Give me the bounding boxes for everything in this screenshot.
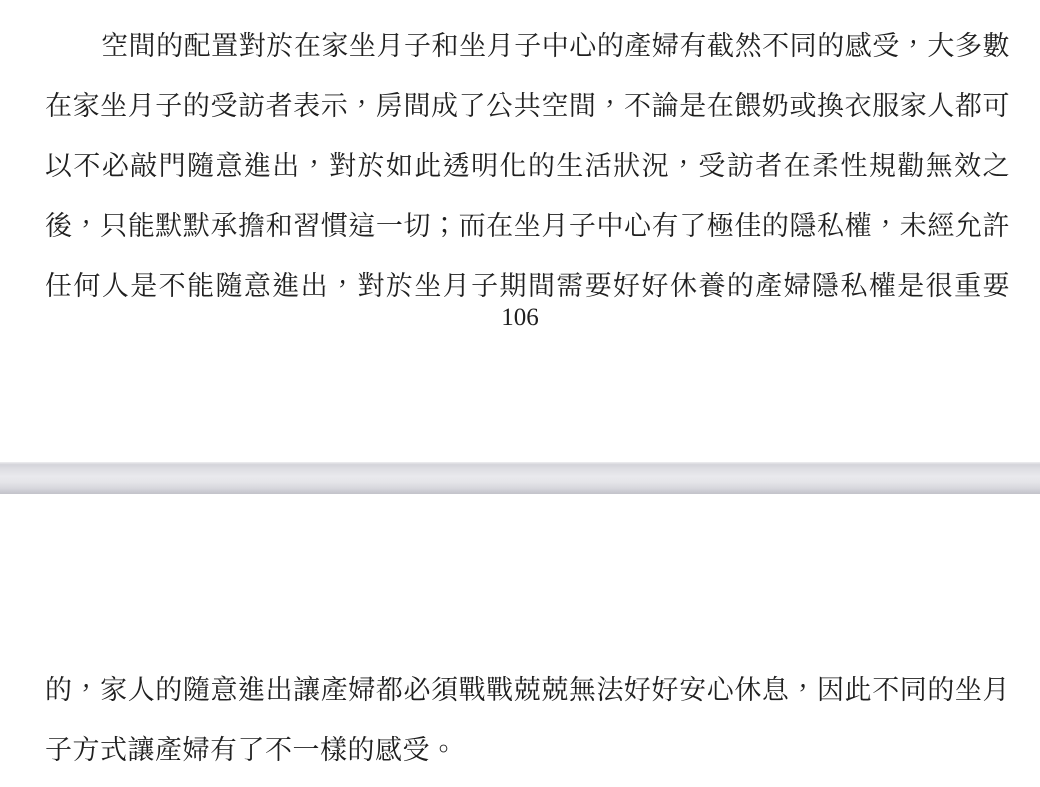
text-line: 在家坐月子的受訪者表示，房間成了公共空間，不論是在餵奶或換衣服家人都可 [45,76,1010,136]
text-line: 後，只能默默承擔和習慣這一切；而在坐月子中心有了極佳的隱私權，未經允許 [45,196,1010,256]
text-line: 空間的配置對於在家坐月子和坐月子中心的產婦有截然不同的感受，大多數 [45,16,1010,76]
page-number: 106 [0,302,1040,334]
text-line: 以不必敲門隨意進出，對於如此透明化的生活狀況，受訪者在柔性規勸無效之 [45,136,1010,196]
page-2-text: 的，家人的隨意進出讓產婦都必須戰戰兢兢無法好好安心休息，因此不同的坐月 子方式讓… [45,660,1010,780]
page-separator [0,462,1040,494]
text-line: 的，家人的隨意進出讓產婦都必須戰戰兢兢無法好好安心休息，因此不同的坐月 [45,660,1010,720]
page-1-text: 空間的配置對於在家坐月子和坐月子中心的產婦有截然不同的感受，大多數 在家坐月子的… [45,16,1010,316]
document-viewer: 空間的配置對於在家坐月子和坐月子中心的產婦有截然不同的感受，大多數 在家坐月子的… [0,0,1040,787]
text-line: 子方式讓產婦有了不一樣的感受。 [45,720,1010,780]
